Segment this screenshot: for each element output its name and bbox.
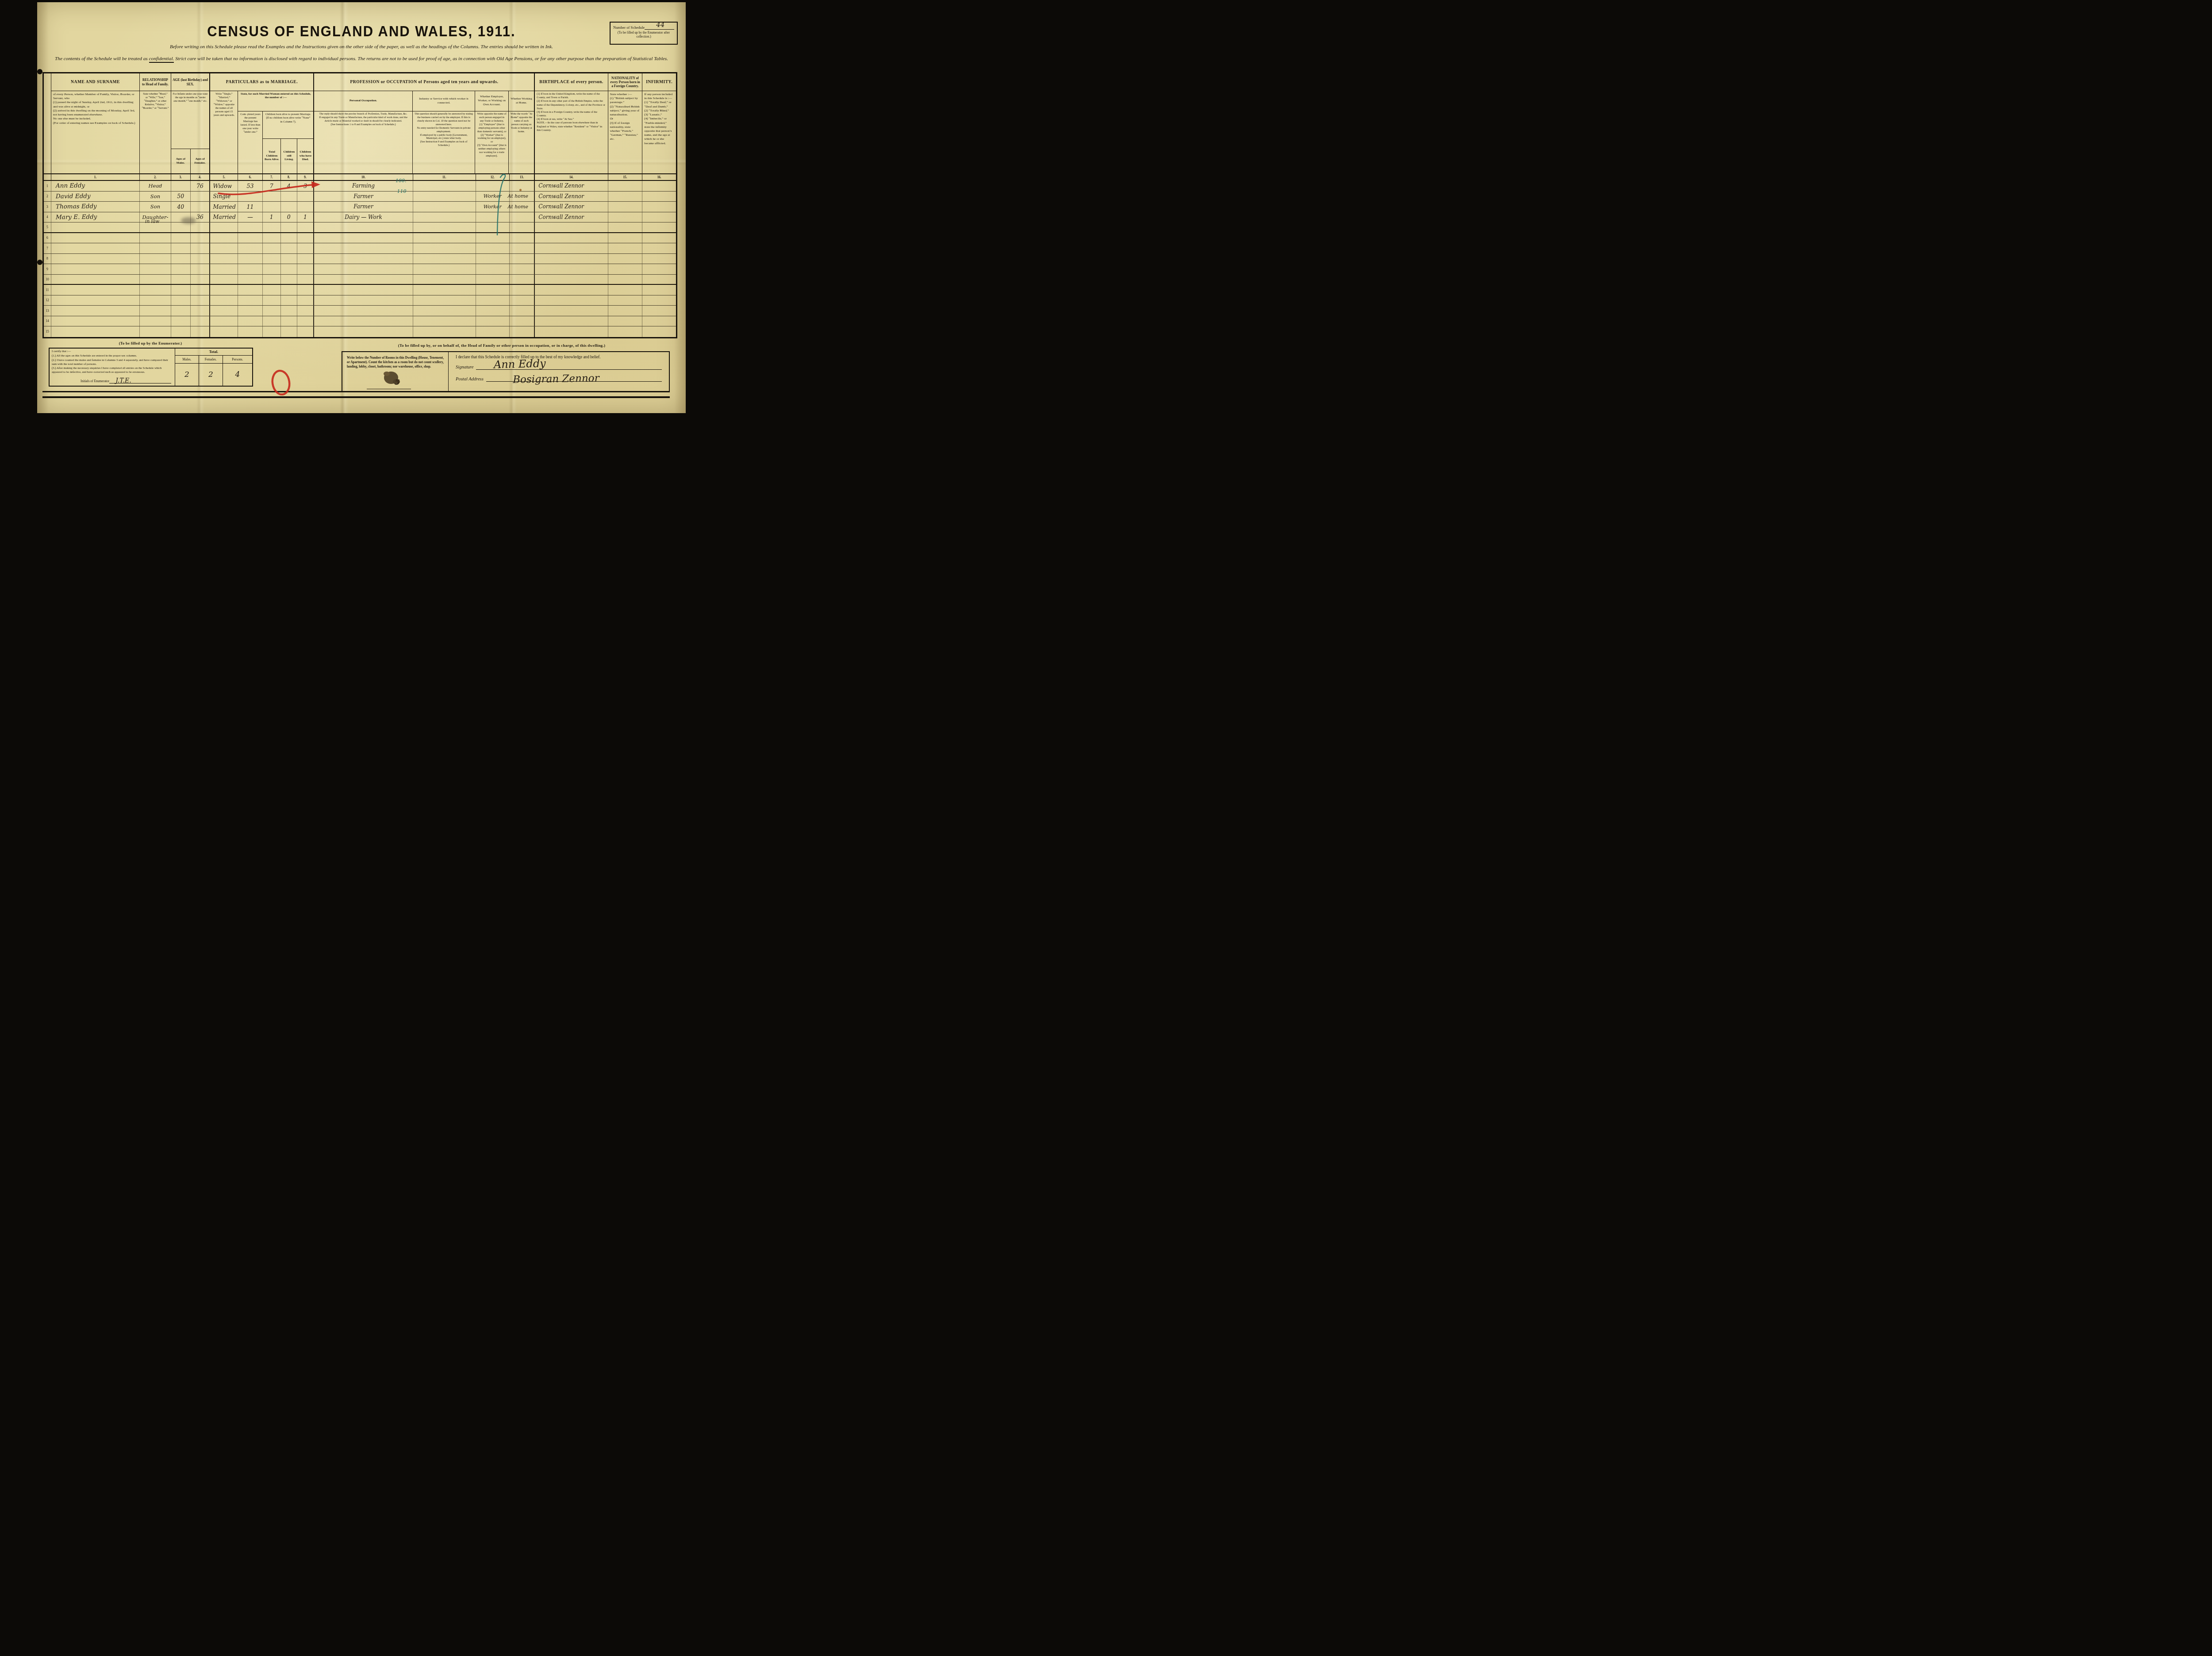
schedule-number-rule: 44	[645, 24, 674, 30]
entry-marital-status: Single	[210, 193, 230, 199]
certify-item-2: (2.) I have counted the males and female…	[52, 359, 173, 367]
entry-occupation-code: 100.	[396, 178, 407, 184]
schedule-number-label: Number of Schedule	[613, 25, 645, 30]
colnum-5: 5.	[210, 174, 238, 180]
enumerator-box: I certify that :— (1.) All the ages on t…	[49, 348, 253, 387]
colnum-15: 15.	[608, 174, 643, 180]
entry-birthplace: Cornwall Zennor	[535, 193, 584, 199]
header-relationship: RELATIONSHIP to Head of Family. State wh…	[140, 73, 171, 173]
header-age: AGE (last Birthday) and SEX. For Infants…	[171, 73, 211, 173]
colnum-12: 12.	[476, 174, 510, 180]
entry-marriage-years: 53	[247, 183, 254, 189]
table-row: 12	[44, 295, 676, 306]
row-number: 11	[44, 285, 51, 295]
table-row: 4 Mary E. Eddy Daughter-in law 36 Marrie…	[44, 212, 676, 223]
entry-employer-status: Worker	[484, 193, 502, 199]
entry-age-female: 36	[196, 214, 204, 220]
entry-occupation: Farmer	[353, 203, 373, 210]
colnum-8: 8.	[281, 174, 297, 180]
intro-line-2: The contents of the Schedule will be tre…	[50, 55, 672, 63]
colnum-3: 3.	[171, 174, 191, 180]
colnum-13: 13.	[510, 174, 535, 180]
punch-hole-bottom	[37, 260, 42, 265]
certify-lead: I certify that :—	[52, 350, 173, 354]
rooms-rule	[367, 389, 411, 389]
entry-marital-status: Married	[210, 214, 236, 220]
declaration-text: I declare that this Schedule is correctl…	[456, 355, 662, 360]
header-name: NAME AND SURNAME of every Person, whethe…	[51, 73, 140, 173]
table-row: 5	[44, 222, 676, 233]
at-home-label: Whether Working at Home.	[509, 91, 534, 111]
row-number: 1	[44, 181, 51, 191]
initials-value: J.T.E.	[115, 377, 131, 385]
table-row: 11	[44, 285, 676, 295]
at-home-instructions: Write the words “At Home” opposite the n…	[509, 111, 534, 173]
intro-line-2b: Strict care will be taken that no inform…	[174, 56, 668, 61]
entry-name: Ann Eddy	[51, 182, 85, 190]
colnum-7: 7.	[263, 174, 281, 180]
signature-label: Signature	[456, 365, 473, 370]
entry-children-living: 0	[287, 214, 291, 220]
signature-value: Ann Eddy	[494, 357, 546, 371]
colnum-11: 11.	[413, 174, 476, 180]
children-living-label: Children still Living.	[281, 139, 297, 173]
industry-instructions: This question should generally be answer…	[413, 111, 475, 173]
column-numbers: 1. 2. 3. 4. 5. 6. 7. 8. 9. 10. 11. 12. 1…	[44, 174, 676, 181]
colnum-9: 9.	[297, 174, 315, 180]
entry-birthplace: Cornwall Zennor	[535, 214, 584, 220]
header-nationality: NATIONALITY of every Person born in a Fo…	[608, 73, 643, 173]
entry-children-born: 7	[270, 183, 273, 189]
entry-birthplace: Cornwall Zennor	[535, 183, 584, 189]
census-form-paper: CENSUS OF ENGLAND AND WALES, 1911. Numbe…	[37, 2, 686, 413]
row-number: 7	[44, 243, 51, 253]
row-number: 6	[44, 233, 51, 243]
postal-address-label: Postal Address	[456, 377, 484, 382]
row-number: 4	[44, 212, 51, 222]
enumerator-certification: I certify that :— (1.) All the ages on t…	[50, 349, 175, 386]
table-row: 9	[44, 264, 676, 275]
children-died-label: Children who have Died.	[297, 139, 313, 173]
header-marriage: PARTICULARS as to MARRIAGE. Write “Singl…	[210, 73, 314, 173]
entry-birthplace: Cornwall Zennor	[535, 203, 584, 210]
entry-occupation: Dairy — Work	[345, 214, 382, 220]
row-number: 10	[44, 275, 51, 284]
relationship-title: RELATIONSHIP to Head of Family.	[140, 73, 171, 91]
row-number: 3	[44, 202, 51, 212]
males-label: Males.	[175, 356, 199, 364]
employer-col: Whether Employer, Worker, or Working on …	[475, 91, 508, 173]
table-row: 13	[44, 306, 676, 316]
age-instructions: For Infants under one year state the age…	[171, 91, 210, 149]
table-row: 1 Ann Eddy Head 76 Widow 53 7 4 3 Farmin…	[44, 181, 676, 192]
at-home-col: Whether Working at Home. Write the words…	[509, 91, 534, 173]
entry-marital-status: Widow	[210, 183, 232, 189]
children-note: Children born alive to present Marriage.…	[263, 111, 313, 139]
entry-children-born: 1	[270, 214, 273, 220]
totals-table: Total. Males. 2 Females. 2 Persons. 4	[175, 349, 252, 386]
colnum-2: 2.	[140, 174, 171, 180]
rust-spot	[519, 189, 522, 191]
ink-smudge	[181, 217, 196, 224]
table-row: 8	[44, 254, 676, 264]
row-number: 14	[44, 316, 51, 326]
entry-children-died: 3	[303, 183, 307, 189]
marriage-years-col: Com- pleted years the present Marriage h…	[238, 111, 263, 173]
header-rownum	[44, 73, 51, 173]
row-number: 12	[44, 295, 51, 306]
header-profession: PROFESSION or OCCUPATION of Persons aged…	[314, 73, 535, 173]
entry-marriage-years: 11	[247, 203, 254, 210]
table-row: 10	[44, 275, 676, 285]
intro-line-1: Before writing on this Schedule please r…	[90, 44, 633, 50]
persons-total-col: Persons. 4	[223, 356, 252, 386]
intro-line-2a: The contents of the Schedule will be tre…	[55, 56, 149, 61]
industry-col: Industry or Service with which worker is…	[413, 91, 476, 173]
table-row: 15	[44, 326, 676, 337]
census-table: NAME AND SURNAME of every Person, whethe…	[42, 72, 677, 338]
schedule-number-box: Number of Schedule 44 (To be filled up b…	[610, 22, 678, 45]
entry-relationship: Son	[150, 193, 160, 199]
persons-label: Persons.	[223, 356, 252, 364]
colnum-16: 16.	[642, 174, 676, 180]
rooms-value: 5	[395, 378, 400, 388]
children-col: Children born alive to present Marriage.…	[263, 111, 313, 173]
table-row: 7	[44, 243, 676, 254]
entry-name: Thomas Eddy	[51, 203, 97, 211]
entry-age-female: 76	[196, 183, 204, 189]
entry-name: Mary E. Eddy	[51, 213, 97, 221]
colnum-6: 6.	[238, 174, 263, 180]
entry-relationship: Son	[150, 203, 160, 210]
marital-status-col: Write “Single,” “Married,” “Widower,” or…	[210, 91, 238, 173]
head-of-family-box: Write below the Number of Rooms in this …	[342, 351, 670, 392]
entry-marriage-years: —	[247, 214, 253, 220]
punch-hole-top	[37, 69, 42, 74]
total-label: Total.	[175, 349, 252, 356]
table-rows: 1 Ann Eddy Head 76 Widow 53 7 4 3 Farmin…	[44, 181, 676, 337]
females-total-col: Females. 2	[199, 356, 223, 386]
header-birthplace: BIRTHPLACE of every person. (1) If born …	[535, 73, 608, 173]
schedule-number-note: (To be filled up by the Enumerator after…	[613, 31, 674, 39]
colnum-1: 1.	[51, 174, 140, 180]
row-number: 9	[44, 264, 51, 274]
confidential-underlined: confidential.	[149, 56, 174, 63]
entry-employer-status: Worker	[484, 204, 502, 210]
table-row: 6	[44, 233, 676, 244]
nationality-instructions: State whether :— (1) “British subject by…	[608, 91, 642, 173]
declaration-cell: I declare that this Schedule is correctl…	[449, 352, 669, 392]
entry-age-male: 40	[177, 203, 184, 210]
name-title: NAME AND SURNAME	[51, 73, 139, 91]
entry-marital-status: Married	[210, 203, 236, 210]
table-row: 2 David Eddy Son 50 Single Farmer110 Wor…	[44, 192, 676, 202]
females-value: 2	[199, 364, 223, 386]
row-number: 15	[44, 326, 51, 337]
rooms-cell: Write below the Number of Rooms in this …	[342, 352, 449, 392]
head-of-family-heading: (To be filled up by, or on behalf of, th…	[303, 343, 701, 348]
ages-males-label: Ages of Males.	[171, 149, 191, 173]
bottom-rule-1	[42, 391, 670, 392]
entry-occupation-code: 110	[397, 188, 407, 194]
industry-label: Industry or Service with which worker is…	[413, 91, 475, 111]
entry-children-living: 4	[287, 183, 291, 189]
enumerator-heading: (To be filled up by the Enumerator.)	[50, 341, 250, 345]
table-header: NAME AND SURNAME of every Person, whethe…	[44, 73, 676, 174]
relationship-instructions: State whether “Head,” or “Wife,” “Son,” …	[140, 91, 171, 173]
children-born-label: Total Children Born Alive.	[263, 139, 281, 173]
schedule-number-value: 44	[656, 21, 664, 29]
header-infirmity: INFIRMITY. If any person included in thi…	[642, 73, 676, 173]
marital-instructions: Write “Single,” “Married,” “Widower,” or…	[210, 91, 238, 173]
form-title: CENSUS OF ENGLAND AND WALES, 1911.	[37, 23, 686, 40]
colnum-blank	[44, 174, 51, 180]
males-value: 2	[175, 364, 199, 386]
rooms-instructions: Write below the Number of Rooms in this …	[347, 356, 444, 368]
males-total-col: Males. 2	[175, 356, 199, 386]
initials-label: Initials of Enumerator	[81, 379, 109, 383]
birthplace-title: BIRTHPLACE of every person.	[535, 73, 607, 91]
personal-occupation-instructions: The reply should show the precise branch…	[314, 111, 412, 173]
profession-title: PROFESSION or OCCUPATION of Persons aged…	[314, 73, 534, 91]
entry-children-died: 1	[303, 214, 307, 220]
married-woman-col: State, for each Married Woman entered on…	[238, 91, 313, 173]
marriage-title: PARTICULARS as to MARRIAGE.	[210, 73, 313, 91]
entry-relationship: Head	[148, 183, 162, 189]
personal-occupation-col: Personal Occupation. The reply should sh…	[314, 91, 412, 173]
personal-occupation-label: Personal Occupation.	[314, 91, 412, 111]
age-title: AGE (last Birthday) and SEX.	[171, 73, 210, 91]
entry-name: David Eddy	[51, 192, 91, 200]
females-label: Females.	[199, 356, 223, 364]
employer-instructions: Write opposite the name of each person e…	[475, 111, 508, 173]
row-number: 2	[44, 192, 51, 202]
infirmity-instructions: If any person included in this Schedule …	[642, 91, 676, 173]
postal-address-value: Bosigran Zennor	[513, 372, 599, 385]
row-number: 5	[44, 222, 51, 232]
nationality-title: NATIONALITY of every Person born in a Fo…	[608, 73, 642, 91]
census-scan: CENSUS OF ENGLAND AND WALES, 1911. Numbe…	[0, 0, 705, 414]
entry-at-home: At home	[508, 204, 528, 210]
table-row: 14	[44, 316, 676, 327]
row-number: 8	[44, 254, 51, 264]
name-instructions: of every Person, whether Member of Famil…	[51, 91, 139, 173]
certify-item-3: (3.) After making the necessary enquirie…	[52, 367, 173, 375]
entry-occupation: Farming	[352, 183, 375, 189]
persons-value: 4	[223, 364, 252, 386]
colnum-14: 14.	[535, 174, 608, 180]
entry-occupation: Farmer	[353, 193, 373, 199]
colnum-4: 4.	[191, 174, 211, 180]
certify-item-1: (1.) All the ages on this Schedule are e…	[52, 354, 173, 358]
entry-at-home: At home	[508, 193, 528, 199]
bottom-rule-2	[42, 396, 670, 398]
table-row: 3 Thomas Eddy Son 40 Married 11 Farmer W…	[44, 202, 676, 212]
infirmity-title: INFIRMITY.	[642, 73, 676, 91]
row-number: 13	[44, 306, 51, 316]
entry-age-male: 50	[177, 193, 184, 199]
initials-rule: J.T.E.	[109, 379, 171, 383]
birthplace-instructions: (1) If born in the United Kingdom, write…	[535, 91, 607, 173]
ages-females-label: Ages of Females.	[191, 149, 210, 173]
postal-address-rule: Bosigran Zennor	[486, 376, 662, 382]
employer-label: Whether Employer, Worker, or Working on …	[475, 91, 508, 111]
marriage-years-instructions: Com- pleted years the present Marriage h…	[238, 111, 262, 173]
signature-rule: Ann Eddy	[476, 364, 662, 370]
married-woman-note: State, for each Married Woman entered on…	[238, 91, 313, 111]
